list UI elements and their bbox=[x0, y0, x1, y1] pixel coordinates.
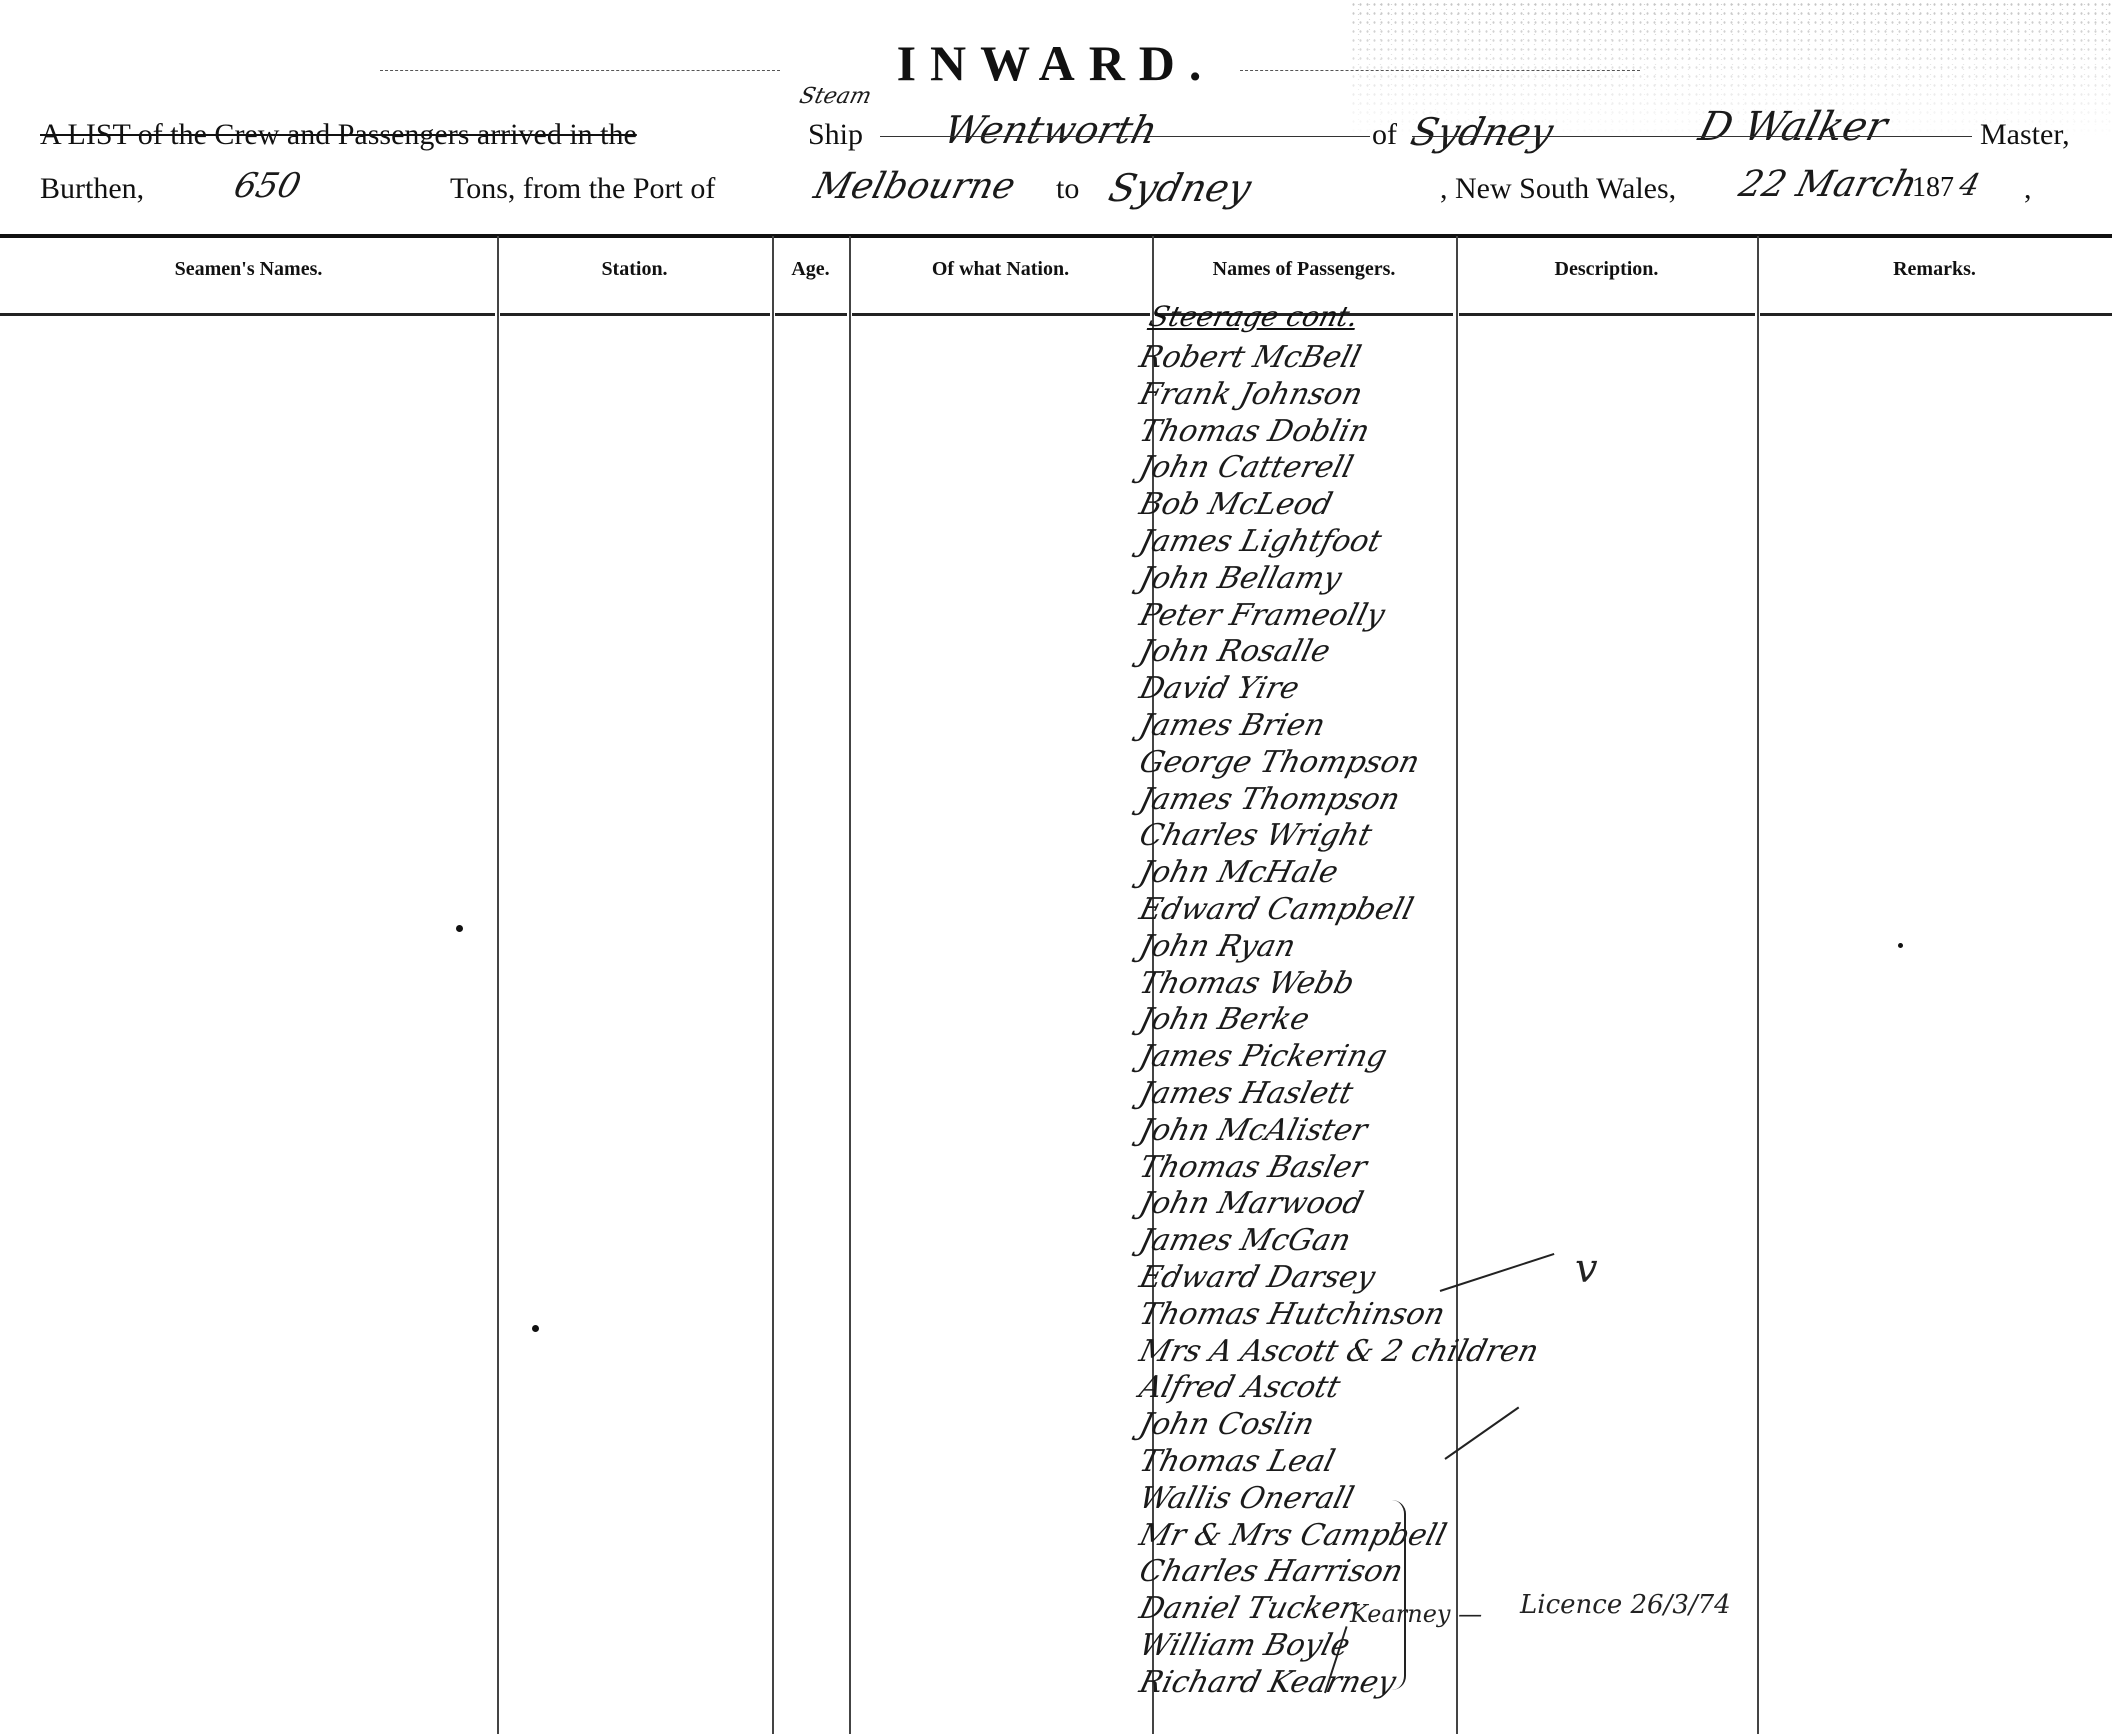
page-title: INWARD. bbox=[0, 34, 2112, 92]
home-port-handwritten: Sydney bbox=[1407, 110, 1558, 154]
bracket-note: Kearney — bbox=[1350, 1600, 1482, 1628]
column-divider bbox=[1757, 236, 1759, 1734]
header-bottom-rule-remarks bbox=[1760, 313, 2112, 316]
list-item: James Brien bbox=[1135, 708, 1564, 745]
list-item: Frank Johnson bbox=[1135, 377, 1564, 414]
title-rule-left bbox=[380, 70, 780, 71]
ship-name-handwritten: Wentworth bbox=[940, 108, 1162, 152]
column-header-age: Age. bbox=[772, 258, 849, 281]
list-item: John Catterell bbox=[1135, 450, 1564, 487]
column-header-passengers: Names of Passengers. bbox=[1152, 258, 1456, 281]
of-label: of bbox=[1372, 118, 1397, 152]
list-item: Thomas Doblin bbox=[1135, 414, 1564, 451]
list-item: William Boyle bbox=[1135, 1628, 1564, 1665]
table-top-rule bbox=[0, 234, 2112, 238]
list-item: James McGan bbox=[1135, 1223, 1564, 1260]
column-header-description: Description. bbox=[1456, 258, 1757, 281]
list-item: Peter Frameolly bbox=[1135, 598, 1564, 635]
state-label: , New South Wales, bbox=[1440, 172, 1676, 206]
header-bottom-rule-seamen bbox=[0, 313, 495, 316]
passenger-section-heading: Steerage cont. bbox=[1146, 300, 1362, 333]
list-item: Charles Wright bbox=[1135, 818, 1564, 855]
header-bottom-rule-description bbox=[1459, 313, 1755, 316]
remarks-licence-note: Licence 26/3/74 bbox=[1520, 1590, 1731, 1620]
list-item: Thomas Basler bbox=[1135, 1150, 1564, 1187]
master-name-handwritten: D Walker bbox=[1694, 104, 1892, 150]
tons-label: Tons, from the Port of bbox=[450, 172, 715, 206]
column-divider bbox=[849, 236, 851, 1734]
ship-label: Ship bbox=[808, 118, 863, 152]
master-fill-rule bbox=[1412, 136, 1972, 137]
master-label: Master, bbox=[1980, 118, 2070, 152]
scan-speck bbox=[456, 925, 463, 932]
list-item: James Pickering bbox=[1135, 1039, 1564, 1076]
column-divider bbox=[497, 236, 499, 1734]
list-item: John Ryan bbox=[1135, 929, 1564, 966]
list-item: Robert McBell bbox=[1135, 340, 1564, 377]
passenger-list: Robert McBell Frank Johnson Thomas Dobli… bbox=[1140, 340, 1560, 1701]
vessel-type-handwritten: Steam bbox=[797, 84, 874, 109]
check-mark-1: v bbox=[1575, 1246, 1598, 1292]
list-item: John McAlister bbox=[1135, 1113, 1564, 1150]
burthen-label: Burthen, bbox=[40, 172, 144, 206]
list-item: Edward Darsey bbox=[1135, 1260, 1564, 1297]
grouping-bracket bbox=[1392, 1500, 1406, 1690]
list-item: James Haslett bbox=[1135, 1076, 1564, 1113]
year-handwritten: 4 bbox=[1956, 168, 1984, 203]
header-bottom-rule-station bbox=[500, 313, 770, 316]
list-item: Alfred Ascott bbox=[1135, 1370, 1564, 1407]
list-item: John Berke bbox=[1135, 1002, 1564, 1039]
scan-speck bbox=[1898, 943, 1903, 948]
list-item: Wallis Onerall bbox=[1135, 1481, 1564, 1518]
year-trailing-comma: , bbox=[2024, 172, 2032, 206]
header-bottom-rule-nation bbox=[852, 313, 1150, 316]
list-item: Bob McLeod bbox=[1135, 487, 1564, 524]
year-printed: 187 bbox=[1912, 172, 1954, 204]
list-item: John Bellamy bbox=[1135, 561, 1564, 598]
list-item: Thomas Leal bbox=[1135, 1444, 1564, 1481]
date-handwritten: 22 March bbox=[1735, 164, 1921, 205]
list-item: Mrs A Ascott & 2 children bbox=[1135, 1334, 1564, 1371]
column-divider bbox=[772, 236, 774, 1734]
list-item: Thomas Hutchinson bbox=[1135, 1297, 1564, 1334]
list-item: Richard Kearney bbox=[1135, 1665, 1564, 1702]
ship-fill-rule bbox=[880, 136, 1370, 137]
column-header-remarks: Remarks. bbox=[1757, 258, 2112, 281]
list-item: Charles Harrison bbox=[1135, 1554, 1564, 1591]
list-item: James Lightfoot bbox=[1135, 524, 1564, 561]
column-header-station: Station. bbox=[497, 258, 772, 281]
list-prefix: A LIST of the Crew and Passengers arrive… bbox=[40, 118, 637, 152]
burthen-value-handwritten: 650 bbox=[230, 166, 305, 206]
to-port-handwritten: Sydney bbox=[1105, 166, 1256, 210]
title-rule-right bbox=[1240, 70, 1640, 71]
list-item: John McHale bbox=[1135, 855, 1564, 892]
to-label: to bbox=[1056, 172, 1079, 206]
list-item: Edward Campbell bbox=[1135, 892, 1564, 929]
list-item: John Rosalle bbox=[1135, 634, 1564, 671]
list-item: John Coslin bbox=[1135, 1407, 1564, 1444]
list-item: Mr & Mrs Campbell bbox=[1135, 1518, 1564, 1555]
list-item: George Thompson bbox=[1135, 745, 1564, 782]
from-port-handwritten: Melbourne bbox=[810, 166, 1020, 207]
header-bottom-rule-age bbox=[775, 313, 847, 316]
list-item: David Yire bbox=[1135, 671, 1564, 708]
list-item: Thomas Webb bbox=[1135, 966, 1564, 1003]
list-item: James Thompson bbox=[1135, 782, 1564, 819]
scan-speck bbox=[532, 1325, 539, 1332]
column-header-seamens-names: Seamen's Names. bbox=[0, 258, 497, 281]
list-item: John Marwood bbox=[1135, 1186, 1564, 1223]
column-header-nation: Of what Nation. bbox=[849, 258, 1152, 281]
